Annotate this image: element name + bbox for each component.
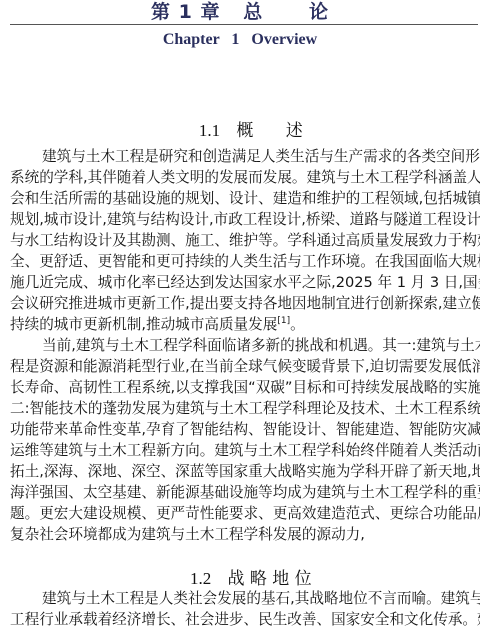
text-segment: 。 (290, 316, 305, 333)
text-line: 会议研究推进城市更新工作,提出要支持各地因地制宜进行创新探索,建立健全可 (10, 293, 476, 314)
chapter-subtitle: Chapter 1 Overview (0, 30, 480, 50)
chapter-divider (10, 24, 478, 25)
text-line: 长寿命、高韧性工程系统,以支撑我国“双碳”目标和可持续发展战略的实施[2];其 (10, 377, 476, 398)
text-line: 二:智能技术的蓬勃发展为建筑与土木工程学科理论及技术、土木工程系统形态和 (10, 398, 476, 419)
text-line: 规划,城市设计,建筑与结构设计,市政工程设计,桥梁、道路与隧道工程设计,地下 (10, 209, 476, 230)
text-line: 当前,建筑与土木工程学科面临诸多新的挑战和机遇。其一:建筑与土木工 (10, 335, 476, 356)
text-line: 运维等建筑与土木工程新方向。建筑与土木工程学科始终伴随着人类活动而开疆 (10, 440, 476, 461)
text-line: 功能带来革命性变革,孕育了智能结构、智能设计、智能建造、智能防灾减灾、智慧 (10, 419, 476, 440)
text-line: 复杂社会环境都成为建筑与土木工程学科发展的源动力, (10, 524, 476, 545)
text-line: 会和生活所需的基础设施的规划、设计、建造和维护的工程领域,包括城镇与乡村 (10, 188, 476, 209)
chapter-title: 第 1 章 总 论 (0, 1, 480, 23)
paragraph-2: 当前,建筑与土木工程学科面临诸多新的挑战和机遇。其一:建筑与土木工 程是资源和能… (10, 335, 476, 545)
text-line: 程是资源和能源消耗型行业,在当前全球气候变暖背景下,迫切需要发展低消耗、 (10, 356, 476, 377)
citation-link[interactable]: [1] (277, 316, 290, 326)
text-line: 全、更舒适、更智能和更可持续的人类生活与工作环境。在我国面临大规模基础设 (10, 251, 476, 272)
paragraph-3: 建筑与土木工程是人类社会发展的基石,其战略地位不言而喻。建筑与土木 工程行业承载… (10, 588, 476, 630)
text-line: 建筑与土木工程是研究和创造满足人类生活与生产需求的各类空间形态工程 (10, 146, 476, 167)
text-line: 海洋强国、太空基建、新能源基础设施等均成为建筑与土木工程学科的重要研究课 (10, 482, 476, 503)
text-line: 持续的城市更新机制,推动城市高质量发展[1]。 (10, 314, 476, 335)
text-line: 施几近完成、城市化率已经达到发达国家水平之际,2025 年 1 月 3 日,国务… (10, 272, 476, 293)
text-line: 系统的学科,其伴随着人类文明的发展而发展。建筑与土木工程学科涵盖人类社 (10, 167, 476, 188)
section-number: 1.2 (190, 569, 211, 588)
section-number: 1.1 (199, 121, 220, 140)
section-title: 概 述 (236, 121, 302, 141)
text-line: 工程行业承载着经济增长、社会进步、民生改善、国家安全和文化传承。建筑与土 (10, 609, 476, 630)
paragraph-1: 建筑与土木工程是研究和创造满足人类生活与生产需求的各类空间形态工程 系统的学科,… (10, 146, 476, 335)
text-line: 建筑与土木工程是人类社会发展的基石,其战略地位不言而喻。建筑与土木 (10, 588, 476, 609)
text-line: 与水工结构设计及其勘测、施工、维护等。学科通过高质量发展致力于构建更安 (10, 230, 476, 251)
text-line: 拓土,深海、深地、深空、深蓝等国家重大战略实施为学科开辟了新天地,地下空间、 (10, 461, 476, 482)
text-segment: 持续的城市更新机制,推动城市高质量发展 (10, 316, 277, 333)
document-page: 第 1 章 总 论 Chapter 1 Overview 1.1 概 述 建筑与… (0, 0, 480, 635)
text-segment: 长寿命、高韧性工程系统,以支撑我国“双碳”目标和可持续发展战略的实施 (10, 379, 480, 396)
section-title: 战 略 地 位 (227, 569, 311, 589)
text-line: 题。更宏大建设规模、更严苛性能要求、更高效建造范式、更综合功能品质以及更 (10, 503, 476, 524)
